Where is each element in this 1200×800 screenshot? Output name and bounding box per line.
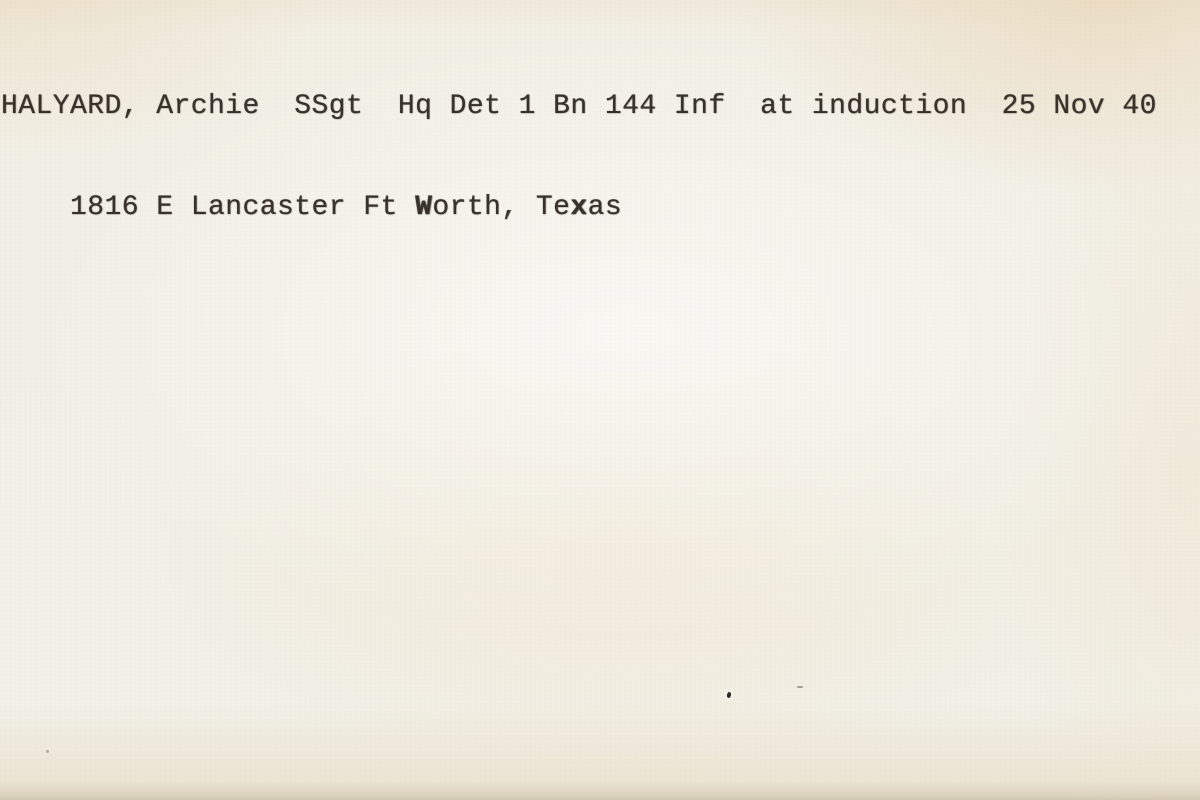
ink-speck bbox=[46, 750, 49, 753]
card-line-1: HALYARD, Archie SSgt Hq Det 1 Bn 144 Inf… bbox=[1, 90, 1157, 124]
line2-segment: orth, Te bbox=[432, 192, 570, 223]
index-card: HALYARD, Archie SSgt Hq Det 1 Bn 144 Inf… bbox=[0, 0, 1200, 800]
ink-speck bbox=[726, 692, 731, 699]
line2-segment: as bbox=[588, 192, 623, 223]
typed-text-block: HALYARD, Archie SSgt Hq Det 1 Bn 144 Inf… bbox=[1, 23, 1157, 291]
line2-overstruck-x: x bbox=[570, 192, 587, 223]
line2-overstruck-w: W bbox=[415, 192, 432, 223]
card-line-2: 1816 E Lancaster Ft Worth, Texas bbox=[1, 191, 1157, 225]
line2-segment: 1816 E Lancaster Ft bbox=[70, 192, 415, 223]
ink-speck bbox=[797, 686, 803, 688]
